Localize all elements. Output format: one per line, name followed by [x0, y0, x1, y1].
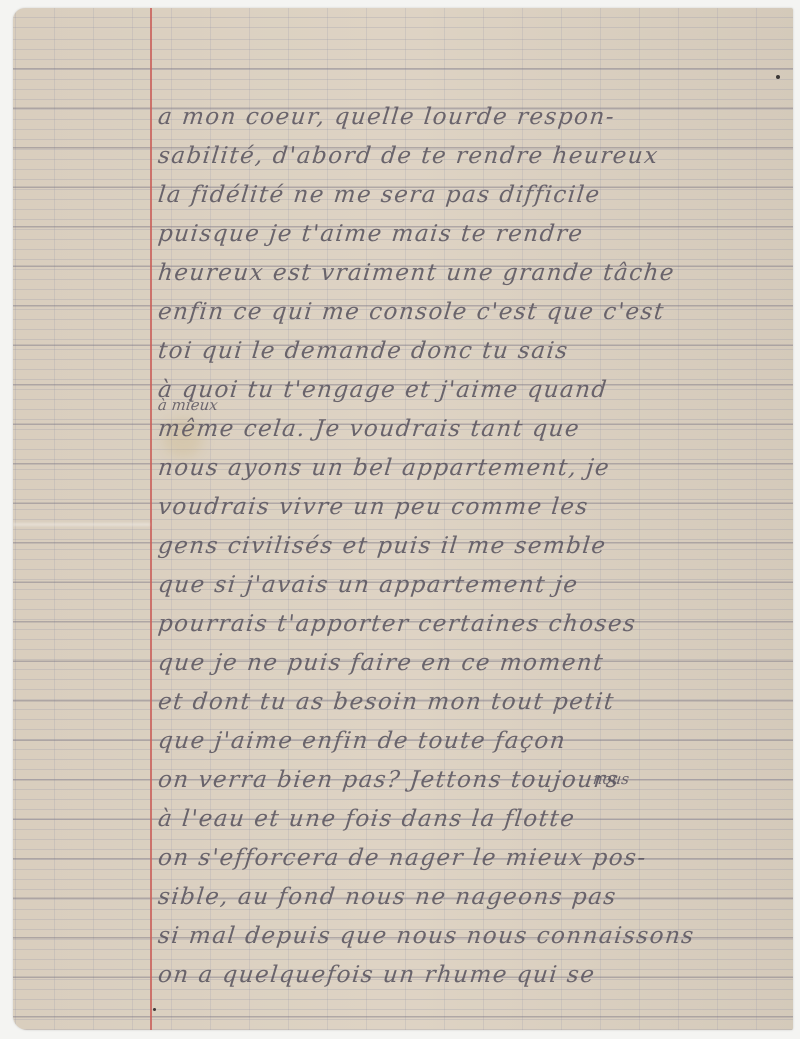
text-line: à l'eau et une fois dans la flotte [156, 800, 793, 839]
text-line: gens civilisés et puis il me semble [156, 527, 793, 566]
text-line: et dont tu as besoin mon tout petit [156, 683, 793, 722]
text-line: heureux est vraiment une grande tâche [156, 254, 793, 293]
text-line: a mon coeur, quelle lourde respon- [156, 98, 793, 137]
text-line: sible, au fond nous ne nageons pas [156, 878, 793, 917]
text-line: que j'aime enfin de toute façon [156, 722, 793, 761]
letter-page: à mieux nous a mon coeur, quelle lourde … [13, 8, 793, 1030]
text-line: enfin ce qui me console c'est que c'est [156, 293, 793, 332]
text-line: que si j'avais un appartement je [156, 566, 793, 605]
text-line: nous ayons un bel appartement, je [156, 449, 793, 488]
paper-fold-crease [13, 523, 150, 526]
text-line: si mal depuis que nous nous connaissons [156, 917, 793, 956]
text-line: pourrais t'apporter certaines choses [156, 605, 793, 644]
ink-spot [153, 1008, 156, 1011]
text-line: la fidélité ne me sera pas difficile [156, 176, 793, 215]
text-line: puisque je t'aime mais te rendre [156, 215, 793, 254]
text-line: on verra bien pas? Jettons toujours [156, 761, 793, 800]
text-line: toi qui le demande donc tu sais [156, 332, 793, 371]
letter-body: a mon coeur, quelle lourde respon- sabil… [158, 98, 793, 995]
text-line: que je ne puis faire en ce moment [156, 644, 793, 683]
text-line: on a quelquefois un rhume qui se [156, 956, 793, 995]
red-margin-line [150, 8, 152, 1030]
ink-spot [776, 75, 780, 79]
text-line: même cela. Je voudrais tant que [156, 410, 793, 449]
text-line: à quoi tu t'engage et j'aime quand [156, 371, 793, 410]
text-line: on s'efforcera de nager le mieux pos- [156, 839, 793, 878]
text-line: sabilité, d'abord de te rendre heureux [156, 137, 793, 176]
text-line: voudrais vivre un peu comme les [156, 488, 793, 527]
